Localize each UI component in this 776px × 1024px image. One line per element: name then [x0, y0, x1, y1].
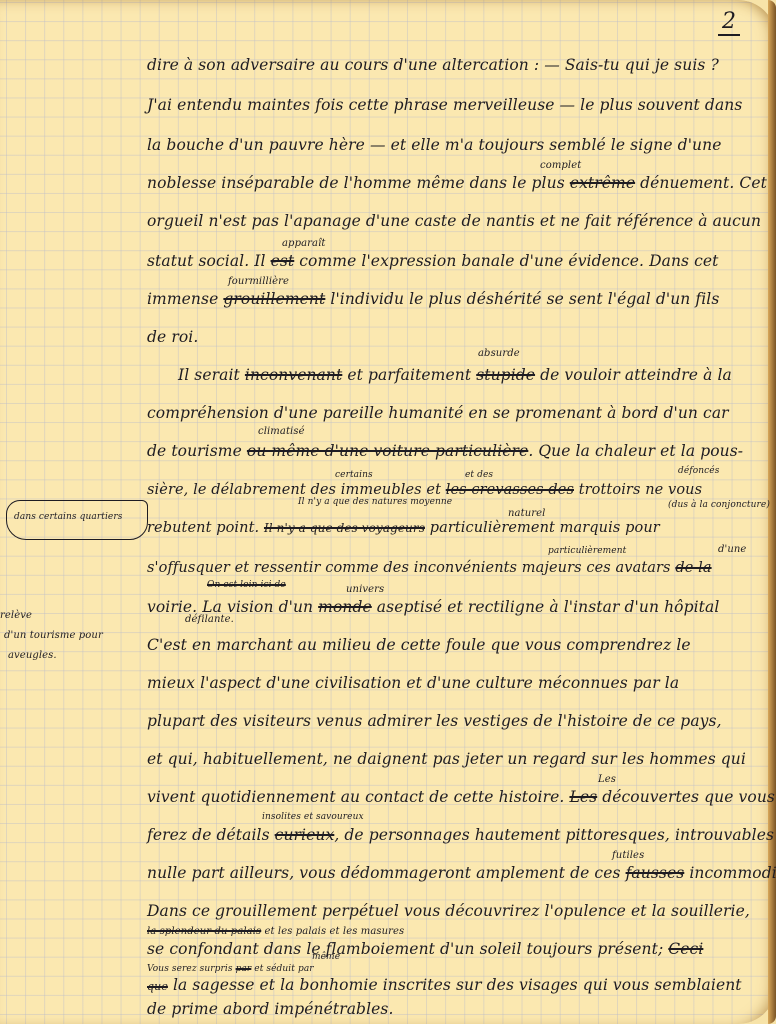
insertion-natures: Il n'y a que des natures moyenne — [298, 497, 452, 507]
line-24-after: et les palais et les masures — [265, 926, 405, 937]
line-22-text: nulle part ailleurs, vous dédommageront … — [147, 864, 621, 882]
margin-note-conjoncture: (dus à la conjoncture) — [668, 500, 770, 510]
line-26-after: et séduit par — [254, 964, 313, 974]
text-line-11: de tourisme ou même d'une voiture partic… — [147, 442, 743, 460]
deleted-words: de la — [675, 560, 711, 576]
insertion-meme: même — [312, 952, 340, 962]
insertion-univers: univers — [346, 584, 384, 595]
text-line-6: statut social. Il est comme l'expression… — [147, 252, 719, 270]
margin-note-releve: relève — [0, 610, 32, 621]
margin-note-tourisme: d'un tourisme pour — [4, 630, 103, 641]
insertion-absurde: absurde — [478, 348, 520, 359]
deleted-word: fausses — [626, 864, 685, 882]
line-22-after: incommodités. — [689, 864, 776, 882]
margin-deleted-on-est-loin: On est loin ici de — [207, 580, 286, 590]
line-6-after: comme l'expression banale d'une évidence… — [299, 252, 718, 270]
line-20-after: découvertes que vous — [602, 788, 775, 806]
deleted-phrase: la splendeur du palais — [147, 926, 261, 937]
margin-note-aveugles: aveugles. — [8, 650, 57, 661]
text-line-2: J'ai entendu maintes fois cette phrase m… — [147, 96, 742, 114]
line-6-text: statut social. Il — [147, 252, 266, 270]
text-line-4: noblesse inséparable de l'homme même dan… — [147, 174, 767, 192]
line-14-text: s'offusquer et ressentir comme des incon… — [147, 560, 671, 576]
text-line-18: plupart des visiteurs venus admirer les … — [147, 712, 722, 730]
page-number: 2 — [718, 10, 740, 36]
line-13-after: particulièrement — [430, 520, 555, 536]
text-line-16: C'est en marchant au milieu de cette fou… — [147, 636, 691, 654]
line-9-after2: de vouloir atteindre à la — [540, 366, 732, 384]
insertion-complet: complet — [540, 160, 581, 171]
insertion-les: Les — [598, 774, 616, 785]
insertion-climatise: climatisé — [258, 426, 305, 437]
text-line-1: dire à son adversaire au cours d'une alt… — [147, 56, 719, 74]
deleted-word: que — [147, 980, 168, 993]
line-25-text: se confondant dans le flamboiement d'un … — [147, 940, 663, 958]
line-7-after: l'individu le plus déshérité se sent l'é… — [330, 290, 719, 308]
insertion-certains: certains — [335, 470, 373, 480]
insertion-futiles: futiles — [612, 850, 644, 861]
line-26-text: Vous serez surpris — [147, 964, 233, 974]
line-7-text: immense — [147, 290, 218, 308]
text-line-17: mieux l'aspect d'une civilisation et d'u… — [147, 674, 679, 692]
line-9-after: et parfaitement — [347, 366, 471, 384]
deleted-word: Les — [569, 788, 597, 806]
text-line-24: la splendeur du palais et les palais et … — [147, 926, 404, 937]
line-27-text: la sagesse et la bonhomie inscrites sur … — [173, 976, 742, 994]
deleted-phrase: les crevasses des — [446, 482, 574, 498]
deleted-word-2: stupide — [476, 366, 535, 384]
line-20-text: vivent quotidiennement au contact de cet… — [147, 788, 564, 806]
line-12-after2: trottoirs ne vous — [579, 482, 702, 498]
text-line-20: vivent quotidiennement au contact de cet… — [147, 788, 775, 806]
deleted-word: par — [236, 964, 252, 974]
line-13-after2: marquis pour — [560, 520, 660, 536]
text-line-8: de roi. — [147, 328, 198, 346]
line-4-after: dénuement. Cet — [640, 174, 767, 192]
line-12-after: et — [426, 482, 441, 498]
insertion-et-des: et des — [465, 470, 493, 480]
insertion-particulierement: particulièrement — [548, 546, 626, 556]
line-15-after: aseptisé et rectiligne à l'instar d'un h… — [377, 598, 720, 616]
text-line-5: orgueil n'est pas l'apanage d'une caste … — [147, 212, 761, 230]
text-line-22: nulle part ailleurs, vous dédommageront … — [147, 864, 776, 882]
line-21-text: ferez de détails — [147, 826, 270, 844]
text-line-12: sière, le délabrement des immeubles et l… — [147, 482, 702, 498]
insertion-defonces: défoncés — [678, 466, 719, 476]
text-line-23: Dans ce grouillement perpétuel vous déco… — [147, 902, 750, 920]
text-line-9: Il serait inconvenant et parfaitement st… — [178, 366, 732, 384]
insertion-fourmilliere: fourmillière — [228, 276, 289, 287]
text-line-27: que la sagesse et la bonhomie inscrites … — [147, 976, 742, 994]
deleted-word: curieux — [275, 826, 335, 844]
deleted-word: est — [271, 252, 295, 270]
line-12-text: sière, le délabrement des immeubles — [147, 482, 422, 498]
insertion-naturel: naturel — [508, 508, 545, 519]
deleted-word: grouillement — [223, 290, 325, 308]
insertion-defilante: défilante. — [185, 614, 234, 625]
line-21-after: , de personnages hautement pittoresques,… — [334, 826, 774, 844]
deleted-word: monde — [318, 598, 372, 616]
deleted-word: inconvenant — [245, 366, 342, 384]
text-line-7: immense grouillement l'individu le plus … — [147, 290, 719, 308]
line-11-text: de tourisme — [147, 442, 242, 460]
text-line-13: rebutent point. Il n'y a que des voyageu… — [147, 520, 660, 536]
deleted-word: extrême — [570, 174, 635, 192]
text-line-19: et qui, habituellement, ne daignent pas … — [147, 750, 746, 768]
insertion-apparait: apparaît — [282, 238, 326, 249]
text-line-26: Vous serez surpris par et séduit par — [147, 964, 314, 974]
text-line-28: de prime abord impénétrables. — [147, 1000, 393, 1018]
text-line-3: la bouche d'un pauvre hère — et elle m'a… — [147, 136, 722, 154]
text-line-10: compréhension d'une pareille humanité en… — [147, 404, 729, 422]
line-4-text: noblesse inséparable de l'homme même dan… — [147, 174, 565, 192]
text-line-25: se confondant dans le flamboiement d'un … — [147, 940, 703, 958]
insertion-d-une: d'une — [718, 544, 746, 555]
margin-note-quartiers: dans certains quartiers — [14, 512, 122, 522]
line-13-text: rebutent point. — [147, 520, 259, 536]
insertion-insolites: insolites et savoureux — [262, 812, 364, 822]
text-line-14: s'offusquer et ressentir comme des incon… — [147, 560, 712, 576]
deleted-word: Ceci — [668, 940, 703, 958]
text-line-21: ferez de détails curieux, de personnages… — [147, 826, 774, 844]
line-9-text: Il serait — [178, 366, 240, 384]
deleted-phrase: Il n'y a que des voyageurs — [264, 521, 425, 535]
deleted-phrase: ou même d'une voiture particulière — [247, 442, 528, 460]
line-11-after: . Que la chaleur et la pous- — [528, 442, 743, 460]
